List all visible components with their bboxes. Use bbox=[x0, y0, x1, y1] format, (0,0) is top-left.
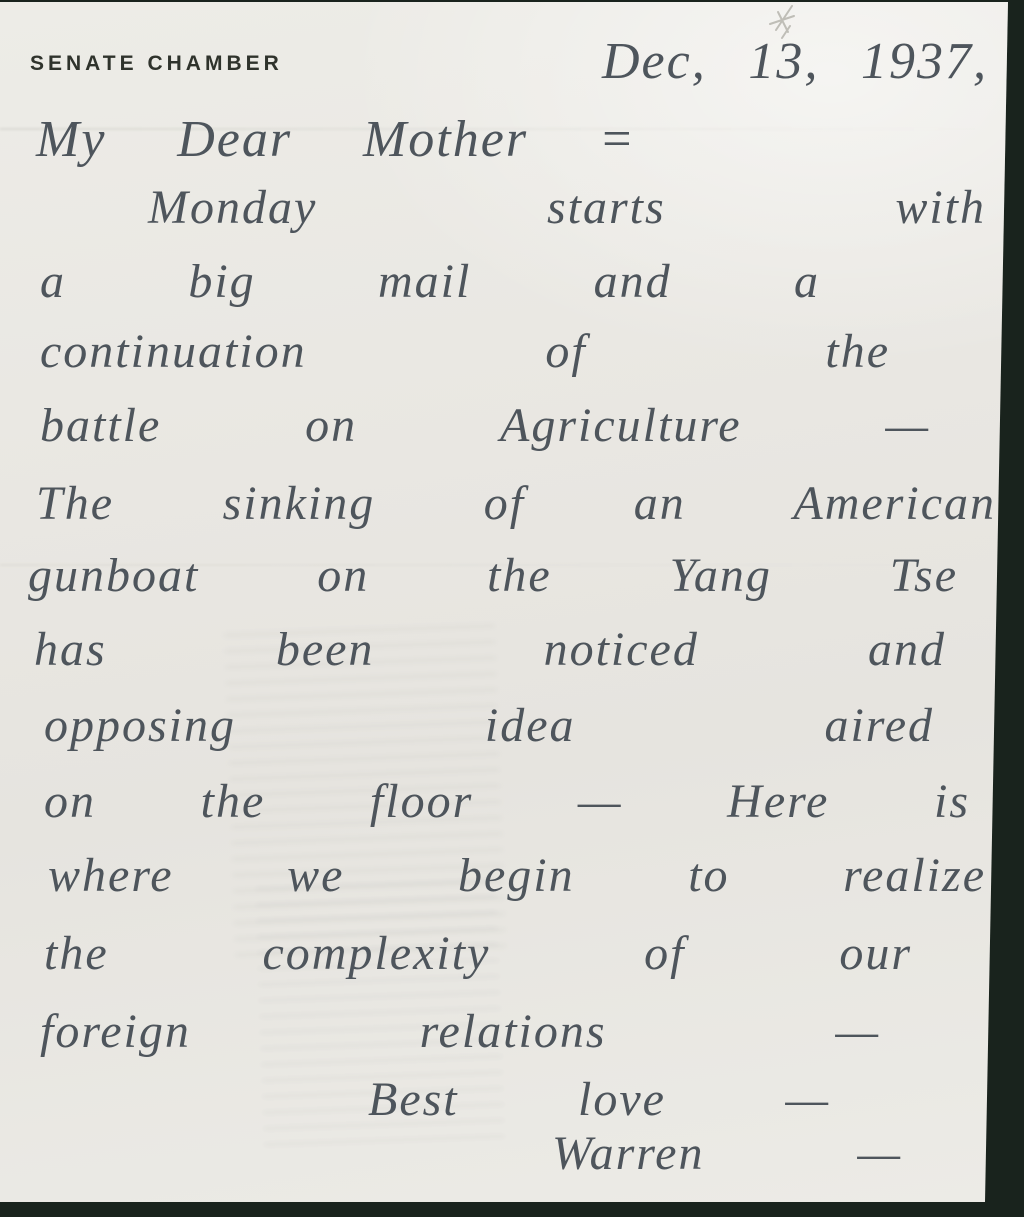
body-line: where we begin to realize bbox=[48, 848, 986, 903]
body-line: has been noticed and bbox=[34, 622, 946, 677]
letterhead-title: SENATE CHAMBER bbox=[30, 52, 283, 76]
body-line: foreign relations — bbox=[40, 1004, 880, 1059]
closing-line: Best love — bbox=[368, 1072, 830, 1127]
salutation-line: My Dear Mother = bbox=[36, 110, 636, 170]
scanned-letter-photo: SENATE CHAMBER Dec, 13, 1937, My Dear Mo… bbox=[0, 0, 1024, 1217]
body-line: a big mail and a bbox=[40, 254, 820, 309]
body-line: The sinking of an American bbox=[36, 476, 996, 531]
body-line: battle on Agriculture — bbox=[40, 398, 930, 453]
body-line: Monday starts with bbox=[148, 180, 986, 235]
handwritten-date: Dec, 13, 1937, bbox=[602, 32, 988, 92]
body-line: continuation of the bbox=[40, 324, 890, 379]
body-line: the complexity of our bbox=[44, 926, 912, 981]
body-line: opposing idea aired bbox=[44, 698, 934, 753]
body-line: gunboat on the Yang Tse bbox=[28, 548, 958, 603]
signature-line: Warren — bbox=[552, 1126, 902, 1181]
body-line: on the floor — Here is bbox=[44, 774, 970, 829]
